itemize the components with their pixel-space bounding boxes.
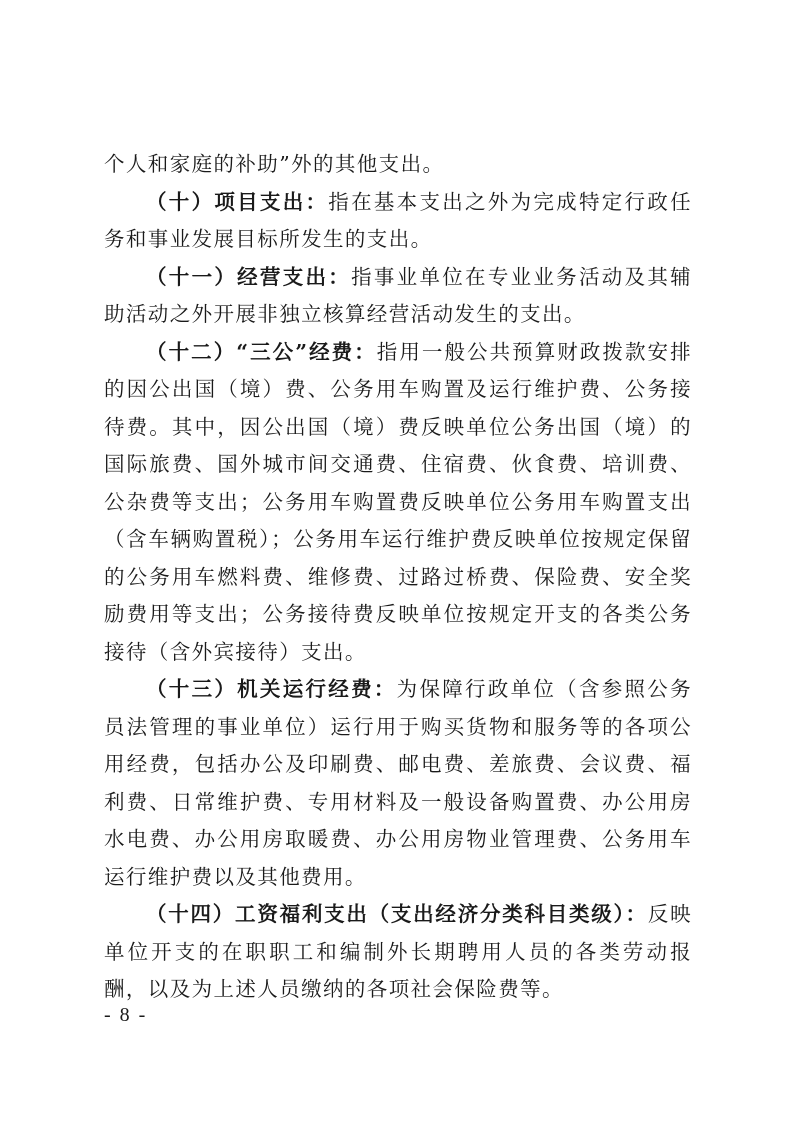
paragraph-text: 指用一般公共预算财政拨款安排的因公出国（境）费、公务用车购置及运行维护费、公务接…	[104, 340, 692, 664]
term-heading: （十）项目支出：	[146, 190, 328, 214]
term-heading: （十三）机关运行经费：	[146, 677, 397, 701]
term-heading: （十一）经营支出：	[146, 265, 351, 289]
paragraph-wages-welfare: （十四）工资福利支出（支出经济分类科目类级）：反映单位开支的在职职工和编制外长期…	[104, 896, 692, 1009]
document-page: 个人和家庭的补助”外的其他支出。 （十）项目支出：指在基本支出之外为完成特定行政…	[104, 146, 692, 1009]
paragraph-agency-operating-funds: （十三）机关运行经费：为保障行政单位（含参照公务员法管理的事业单位）运行用于购买…	[104, 671, 692, 896]
paragraph-text: 为保障行政单位（含参照公务员法管理的事业单位）运行用于购买货物和服务等的各项公用…	[104, 677, 692, 889]
paragraph-continuation: 个人和家庭的补助”外的其他支出。	[104, 146, 692, 184]
paragraph-operating-expenditure: （十一）经营支出：指事业单位在专业业务活动及其辅助活动之外开展非独立核算经营活动…	[104, 259, 692, 334]
paragraph-text: 个人和家庭的补助”外的其他支出。	[104, 152, 444, 176]
term-heading: （十二）“三公”经费：	[146, 340, 377, 364]
term-heading: （十四）工资福利支出（支出经济分类科目类级）：	[146, 902, 648, 926]
paragraph-three-public-expenses: （十二）“三公”经费：指用一般公共预算财政拨款安排的因公出国（境）费、公务用车购…	[104, 334, 692, 672]
page-number: - 8 -	[104, 1004, 147, 1027]
paragraph-project-expenditure: （十）项目支出：指在基本支出之外为完成特定行政任务和事业发展目标所发生的支出。	[104, 184, 692, 259]
